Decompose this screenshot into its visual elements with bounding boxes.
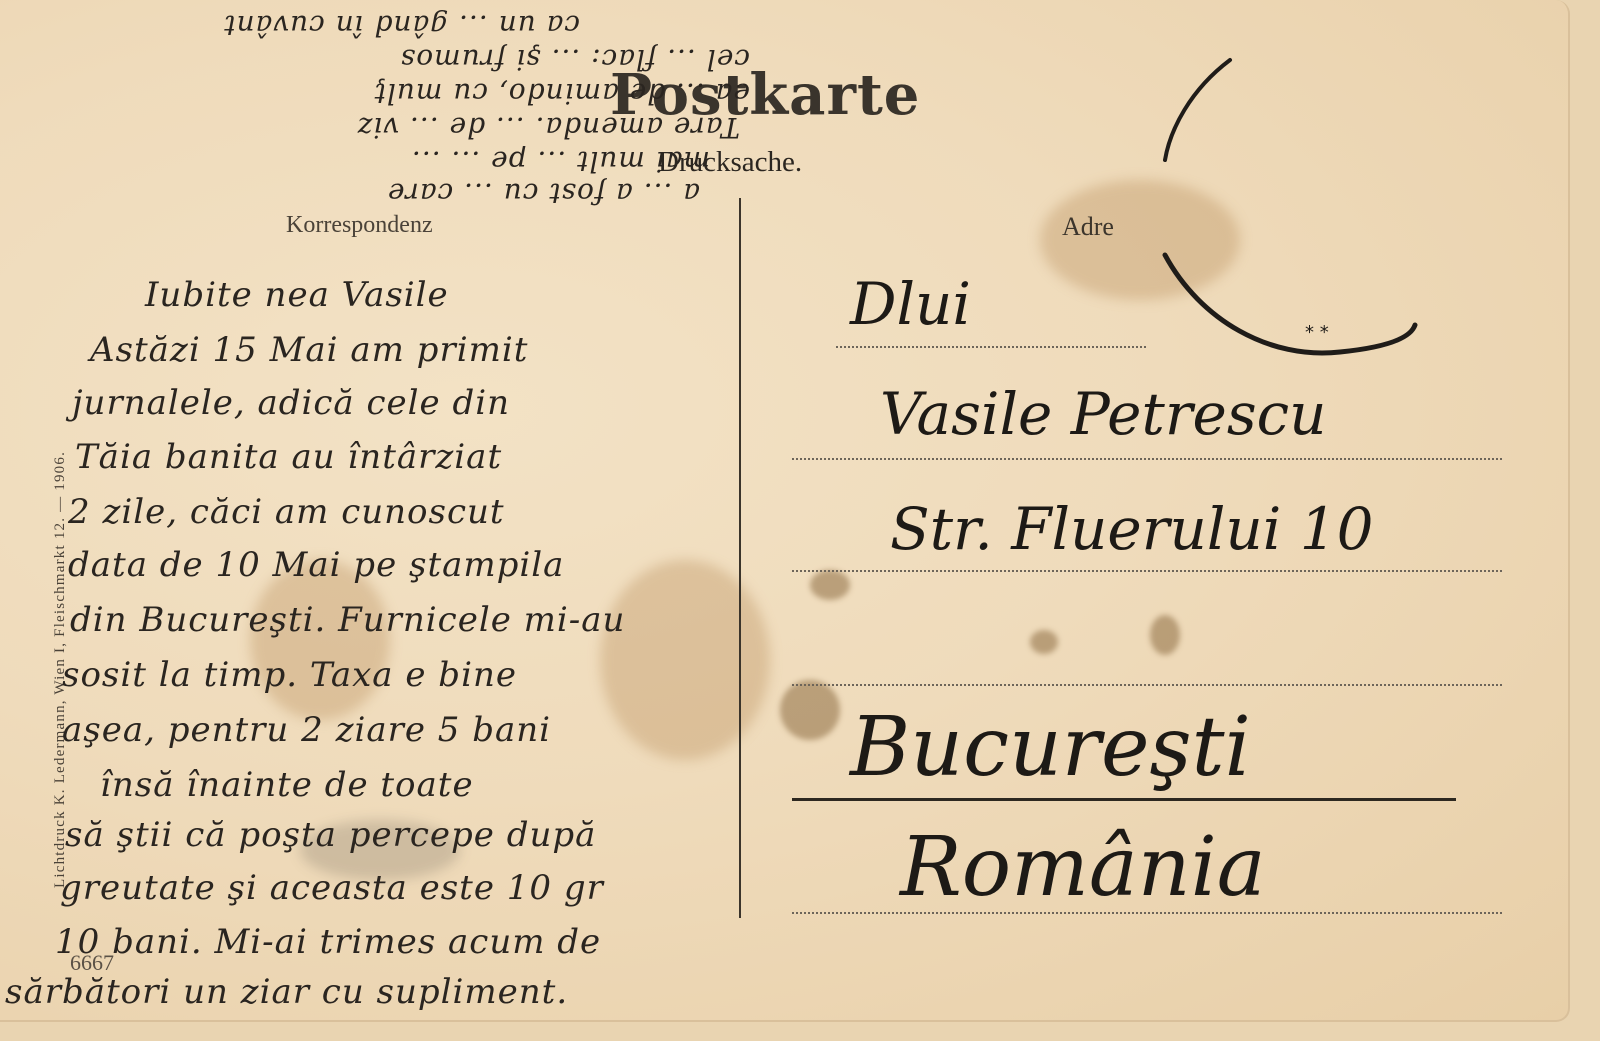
postcard-subtitle: Drucksache. [658, 146, 802, 179]
address-country: România [900, 820, 1266, 915]
center-divider [739, 198, 741, 918]
message-line: a ... a fost cu ... care [387, 177, 700, 210]
postmark-stamp-icon: * * [1160, 40, 1460, 360]
message-line: 2 zile, căci am cunoscut [68, 492, 505, 532]
correspondence-label: Korrespondenz [286, 212, 433, 239]
message-line: aşea, pentru 2 ziare 5 bani [62, 710, 551, 750]
address-salutation: Dlui [850, 270, 971, 338]
address-city: Bucureşti [850, 700, 1251, 795]
address-line [792, 570, 1502, 572]
message-line: însă înainte de toate [100, 765, 474, 805]
paper-stain [1030, 630, 1058, 654]
message-line: data de 10 Mai pe ştampila [68, 545, 564, 585]
address-line [792, 458, 1502, 460]
message-line: sărbători un ziar cu supliment. [5, 972, 568, 1012]
message-line: din Bucureşti. Furnicele mi-au [70, 600, 625, 640]
message-line: sosit la timp. Taxa e bine [62, 655, 517, 695]
postcard-title: Postkarte [610, 62, 920, 128]
address-street: Str. Fluerului 10 [890, 495, 1374, 563]
postcard-back: a ... a fost cu ... care mai mult ... pe… [0, 0, 1570, 1022]
address-line [792, 684, 1502, 686]
address-line [792, 798, 1456, 801]
address-name: Vasile Petrescu [880, 380, 1326, 448]
message-line: ca un ... gând în cuvânt [223, 9, 580, 42]
address-label: Adre [1062, 212, 1114, 242]
message-line: Astăzi 15 Mai am primit [90, 330, 528, 370]
paper-stain [1150, 615, 1180, 655]
message-line: să ştii că poşta percepe după [65, 815, 596, 855]
message-line: Iubite nea Vasile [145, 275, 449, 315]
message-line: Tăia banita au întârziat [75, 437, 502, 477]
svg-text:* *: * * [1305, 322, 1329, 343]
address-line [836, 346, 1146, 348]
message-line: jurnalele, adică cele din [72, 383, 510, 423]
message-line: 10 bani. Mi-ai trimes acum de [55, 922, 601, 962]
paper-stain [780, 680, 840, 740]
message-line: greutate şi aceasta este 10 gr [60, 868, 604, 908]
paper-stain [810, 570, 850, 600]
paper-stain [600, 560, 770, 760]
